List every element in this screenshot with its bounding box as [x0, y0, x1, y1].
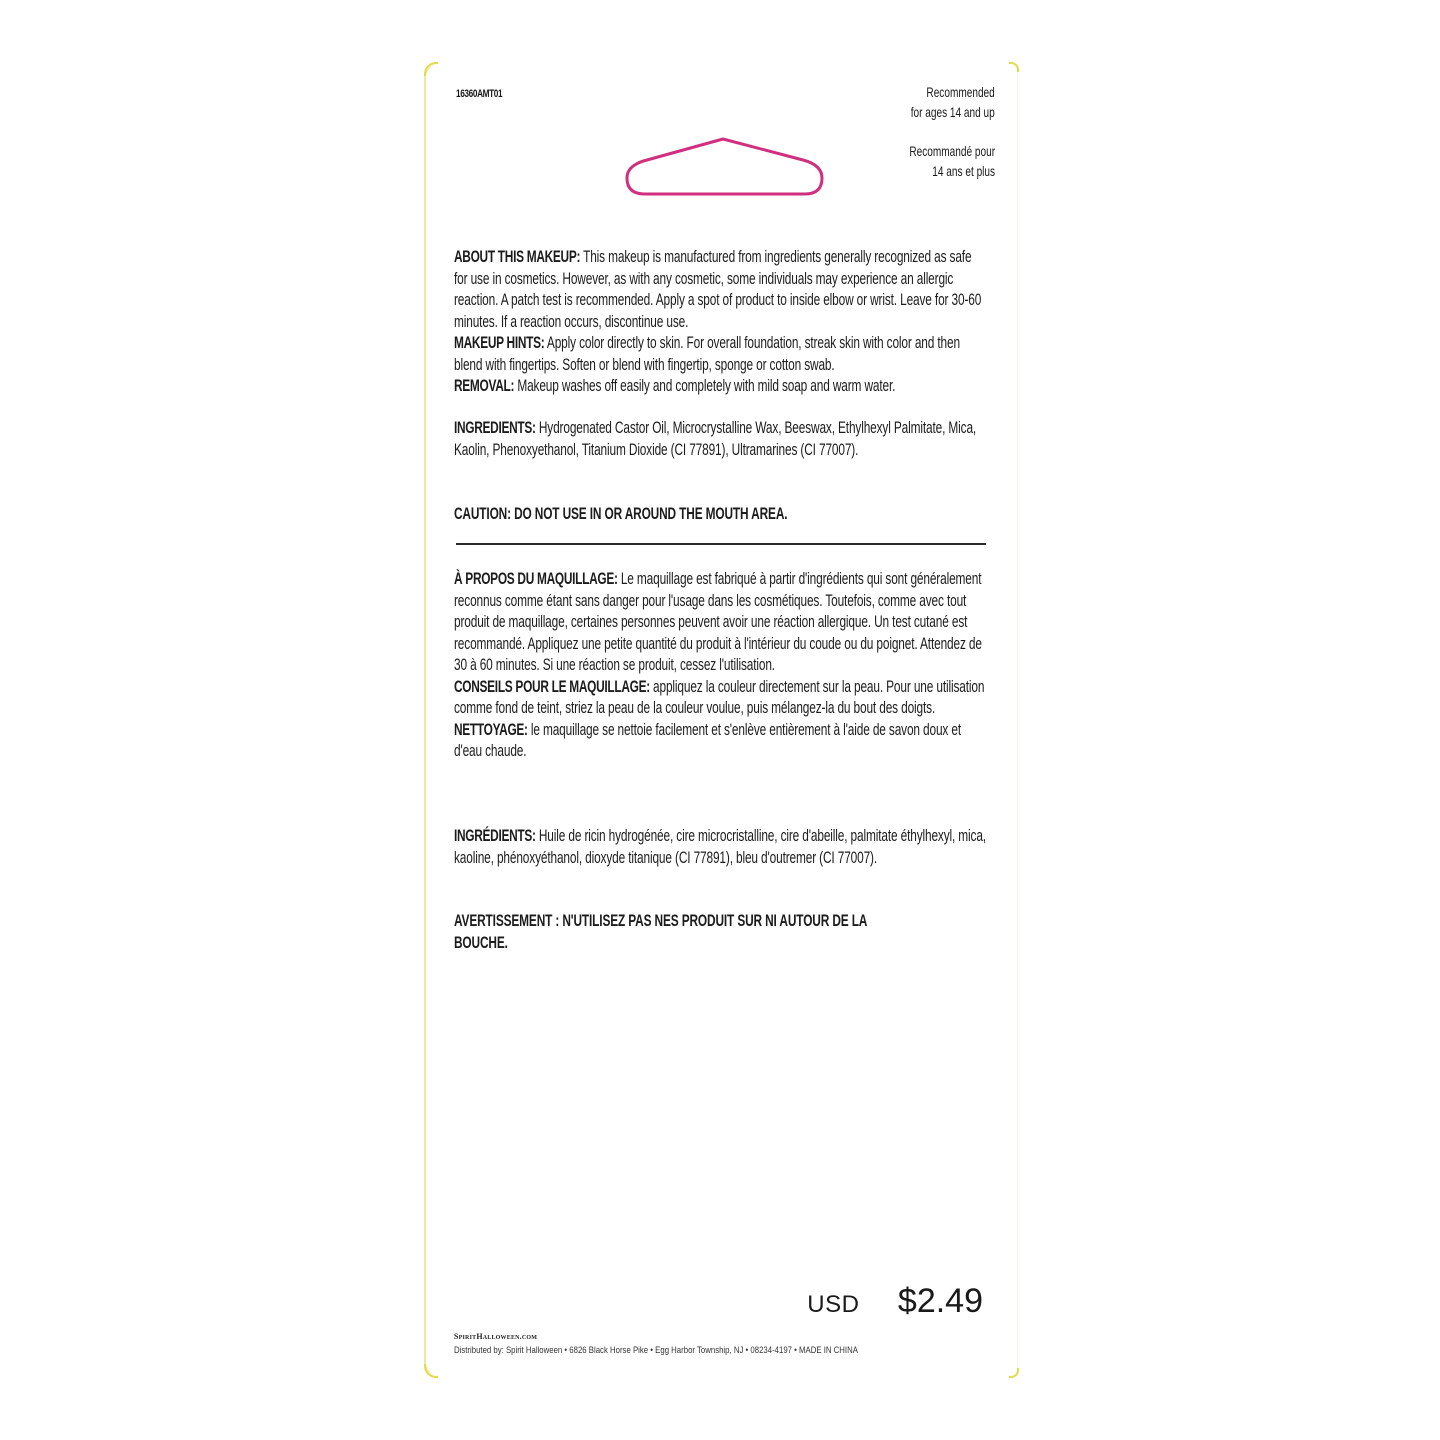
removal-text: Makeup washes off easily and completely …	[514, 377, 895, 395]
price-tag: USD $2.49	[807, 1282, 983, 1321]
website-label: SpiritHalloween.com	[454, 1332, 537, 1341]
card-corner	[424, 62, 438, 76]
caution-text: AVERTISSEMENT : N'UTILISEZ PAS NES PRODU…	[454, 911, 886, 954]
removal-label: NETTOYAGE:	[454, 721, 528, 739]
product-card-back: 16360AMT01 Recommended for ages 14 and u…	[424, 64, 1018, 1376]
card-corner	[424, 1364, 438, 1378]
hints-label: CONSEILS POUR LE MAQUILLAGE:	[454, 678, 650, 696]
age-line: for ages 14 and up	[911, 102, 995, 122]
hanger-hole-icon	[625, 136, 825, 198]
english-ingredients: INGREDIENTS: Hydrogenated Castor Oil, Mi…	[454, 418, 987, 461]
age-line: Recommandé pour	[909, 141, 995, 161]
caution-text: CAUTION: DO NOT USE IN OR AROUND THE MOU…	[454, 504, 987, 526]
card-corner	[1009, 1368, 1019, 1378]
french-ingredients: INGRÉDIENTS: Huile de ricin hydrogénée, …	[454, 826, 987, 869]
age-recommendation-fr: Recommandé pour 14 ans et plus	[909, 141, 995, 181]
currency-label: USD	[807, 1291, 859, 1319]
removal-label: REMOVAL:	[454, 377, 514, 395]
ingredients-label: INGRÉDIENTS:	[454, 827, 536, 845]
ingredients-label: INGREDIENTS:	[454, 419, 536, 437]
age-line: 14 ans et plus	[909, 161, 995, 181]
french-about-section: À PROPOS DU MAQUILLAGE: Le maquillage es…	[454, 569, 987, 763]
french-caution: AVERTISSEMENT : N'UTILISEZ PAS NES PRODU…	[454, 911, 886, 954]
about-label: À PROPOS DU MAQUILLAGE:	[454, 570, 618, 588]
sku-code: 16360AMT01	[456, 88, 502, 100]
about-label: ABOUT THIS MAKEUP:	[454, 248, 580, 266]
hints-label: MAKEUP HINTS:	[454, 334, 544, 352]
english-about-section: ABOUT THIS MAKEUP: This makeup is manufa…	[454, 247, 987, 398]
distributor-info: Distributed by: Spirit Halloween • 6826 …	[454, 1345, 858, 1356]
card-corner	[1009, 62, 1019, 72]
age-recommendation-en: Recommended for ages 14 and up	[911, 82, 995, 122]
price-value: $2.49	[898, 1282, 983, 1321]
removal-text: le maquillage se nettoie facilement et s…	[454, 721, 961, 761]
language-divider	[456, 543, 986, 545]
age-line: Recommended	[911, 82, 995, 102]
english-caution: CAUTION: DO NOT USE IN OR AROUND THE MOU…	[454, 504, 987, 526]
